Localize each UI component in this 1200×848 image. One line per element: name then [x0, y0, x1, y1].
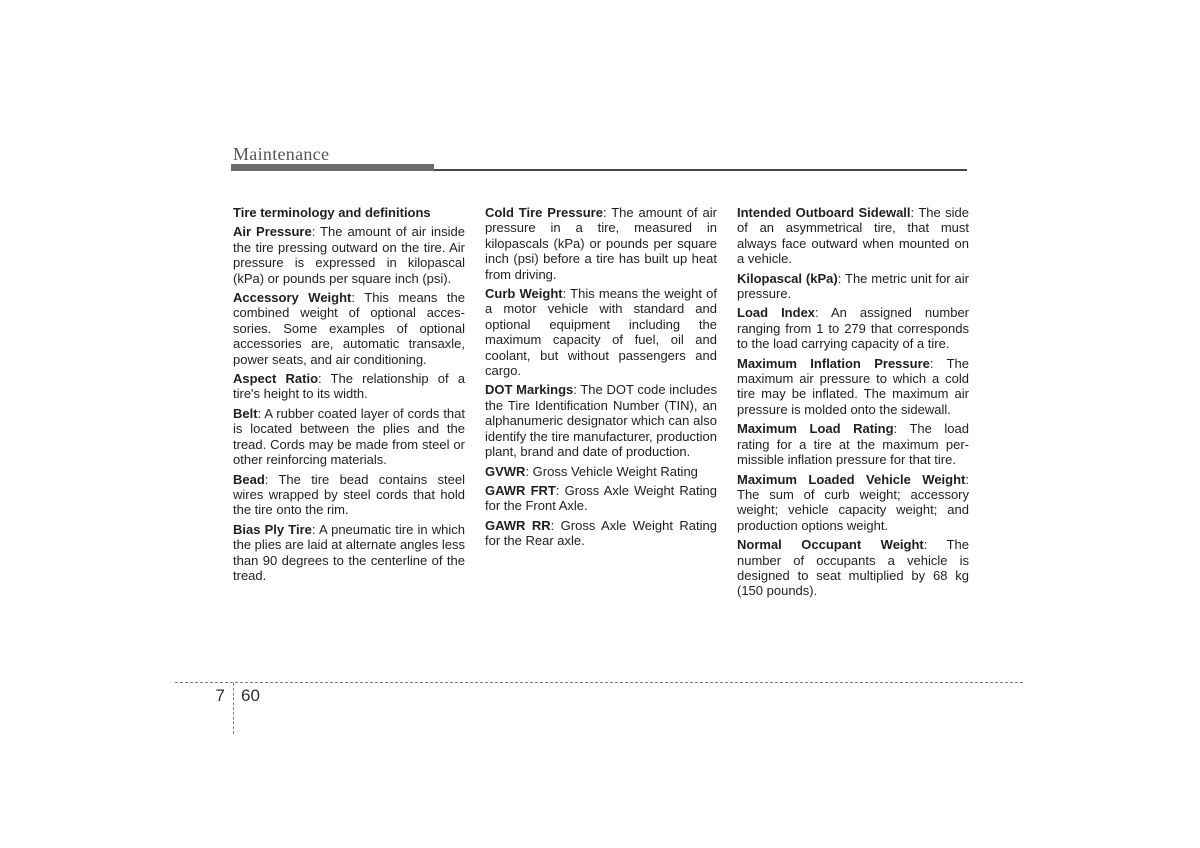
content-heading: Tire terminology and definitions	[233, 205, 465, 220]
footer-page-number: 60	[241, 686, 260, 706]
definition-paragraph: Normal Occupant Weight: The number of oc…	[737, 537, 969, 599]
definition-term: Aspect Ratio	[233, 371, 318, 386]
definition-term: Bias Ply Tire	[233, 522, 312, 537]
definition-text: : A rubber coated layer of cords that is…	[233, 406, 465, 467]
definition-term: Load Index	[737, 305, 815, 320]
definitions-columns: Tire terminology and definitions Air Pre…	[233, 205, 969, 603]
definition-term: Intended Outboard Sidewall	[737, 205, 911, 220]
definition-paragraph: Load Index: An assigned number ranging f…	[737, 305, 969, 351]
section-title: Maintenance	[233, 144, 329, 165]
definition-term: DOT Markings	[485, 382, 573, 397]
definition-text: : Gross Vehicle Weight Rating	[525, 464, 697, 479]
definition-term: Belt	[233, 406, 258, 421]
definition-term: Curb Weight	[485, 286, 563, 301]
definition-paragraph: Maximum Inflation Pressure: The maximum …	[737, 356, 969, 418]
definition-paragraph: GVWR: Gross Vehicle Weight Rating	[485, 464, 717, 479]
definition-paragraph: Aspect Ratio: The relationship of a tire…	[233, 371, 465, 402]
definition-term: Cold Tire Pressure	[485, 205, 603, 220]
definition-term: Kilopascal (kPa)	[737, 271, 838, 286]
definition-paragraph: GAWR FRT: Gross Axle Weight Rating for t…	[485, 483, 717, 514]
footer-dashed-line	[175, 682, 1023, 683]
definition-paragraph: Curb Weight: This means the weight of a …	[485, 286, 717, 378]
definition-paragraph: Maximum Load Rating: The load rating for…	[737, 421, 969, 467]
definition-term: GAWR FRT	[485, 483, 556, 498]
definition-term: Accessory Weight	[233, 290, 351, 305]
definition-term: Normal Occupant Weight	[737, 537, 924, 552]
definitions-column-3: Intended Outboard Sidewall: The side of …	[737, 205, 969, 603]
definition-term: Bead	[233, 472, 265, 487]
definition-paragraph: Bias Ply Tire: A pneumatic tire in which…	[233, 522, 465, 584]
definition-paragraph: Cold Tire Pressure: The amount of air pr…	[485, 205, 717, 282]
definition-term: GAWR RR	[485, 518, 551, 533]
definitions-column-2: Cold Tire Pressure: The amount of air pr…	[485, 205, 717, 603]
definition-paragraph: Intended Outboard Sidewall: The side of …	[737, 205, 969, 267]
definition-term: Maximum Inflation Pressure	[737, 356, 930, 371]
definition-paragraph: Accessory Weight: This means the combine…	[233, 290, 465, 367]
definition-term: Maximum Loaded Vehicle Weight	[737, 472, 965, 487]
header-rule-bar	[231, 164, 434, 171]
definition-term: Maximum Load Rating	[737, 421, 894, 436]
definition-term: Air Pressure	[233, 224, 312, 239]
definition-text: : The tire bead contains steel wires wra…	[233, 472, 465, 518]
definition-paragraph: Air Pressure: The amount of air inside t…	[233, 224, 465, 286]
definition-paragraph: Belt: A rubber coated layer of cords tha…	[233, 406, 465, 468]
definition-paragraph: Maximum Loaded Vehicle Weight: The sum o…	[737, 472, 969, 534]
footer-divider-line	[233, 683, 234, 734]
definition-paragraph: Bead: The tire bead contains steel wires…	[233, 472, 465, 518]
footer-chapter-number: 7	[197, 686, 225, 706]
definition-term: GVWR	[485, 464, 525, 479]
definition-paragraph: DOT Markings: The DOT code includes the …	[485, 382, 717, 459]
definition-paragraph: Kilopascal (kPa): The metric unit for ai…	[737, 271, 969, 302]
definition-paragraph: GAWR RR: Gross Axle Weight Rating for th…	[485, 518, 717, 549]
definitions-column-1: Tire terminology and definitions Air Pre…	[233, 205, 465, 603]
